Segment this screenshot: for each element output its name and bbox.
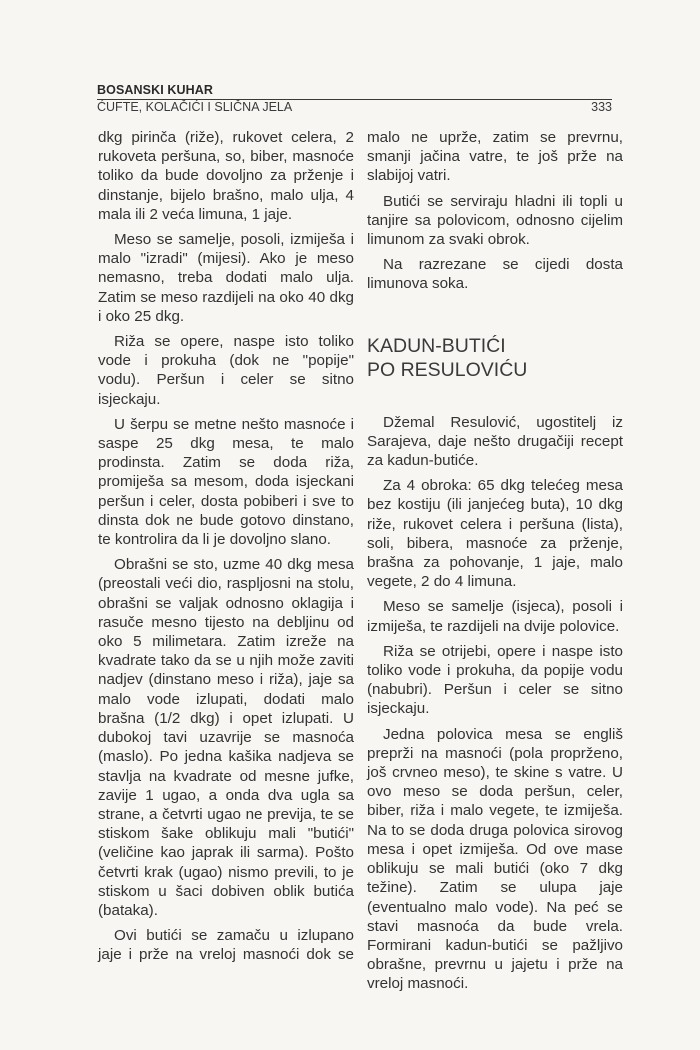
paragraph: Obrašni se sto, uzme 40 dkg mesa (preost… <box>98 555 354 920</box>
paragraph: Za 4 obroka: 65 dkg telećeg mesa bez kos… <box>367 476 623 591</box>
paragraph: Jedna polovica mesa se engliš preprži na… <box>367 725 623 994</box>
paragraph: U šerpu se metne nešto masnoće i saspe 2… <box>98 415 354 549</box>
section-heading: KADUN-BUTIĆI PO RESULOVIĆU <box>367 334 623 382</box>
chapter-title: ĆUFTE, KOLAČIĆI I SLIČNA JELA <box>97 100 292 115</box>
paragraph: Riža se otrijebi, opere i naspe isto tol… <box>367 642 623 719</box>
paragraph: Meso se samelje, posoli, izmiješa i malo… <box>98 230 354 326</box>
page-number: 333 <box>591 100 612 115</box>
book-title: BOSANSKI KUHAR <box>97 83 612 97</box>
running-header: BOSANSKI KUHAR ĆUFTE, KOLAČIĆI I SLIČNA … <box>97 83 612 115</box>
section-heading-line-2: PO RESULOVIĆU <box>367 358 623 382</box>
section-heading-line-1: KADUN-BUTIĆI <box>367 334 623 358</box>
header-subrow: ĆUFTE, KOLAČIĆI I SLIČNA JELA 333 <box>97 100 612 115</box>
paragraph: Riža se opere, naspe isto toliko vode i … <box>98 332 354 409</box>
paragraph: malo ne uprže, zatim se prevrnu, smanji … <box>367 128 623 186</box>
left-column: dkg pirinča (riže), rukovet celera, 2 ru… <box>98 128 354 971</box>
paragraph: Meso se samelje (isjeca), posoli i izmij… <box>367 597 623 635</box>
right-column: malo ne uprže, zatim se prevrnu, smanji … <box>367 128 623 1000</box>
paragraph: Na razrezane se cijedi dosta limunova so… <box>367 255 623 293</box>
paragraph: Butići se serviraju hladni ili topli u t… <box>367 192 623 250</box>
paragraph: Ovi butići se zamaču u izlupano jaje i p… <box>98 926 354 964</box>
paragraph: Džemal Resulović, ugostitelj iz Sarajeva… <box>367 413 623 471</box>
paragraph: dkg pirinča (riže), rukovet celera, 2 ru… <box>98 128 354 224</box>
